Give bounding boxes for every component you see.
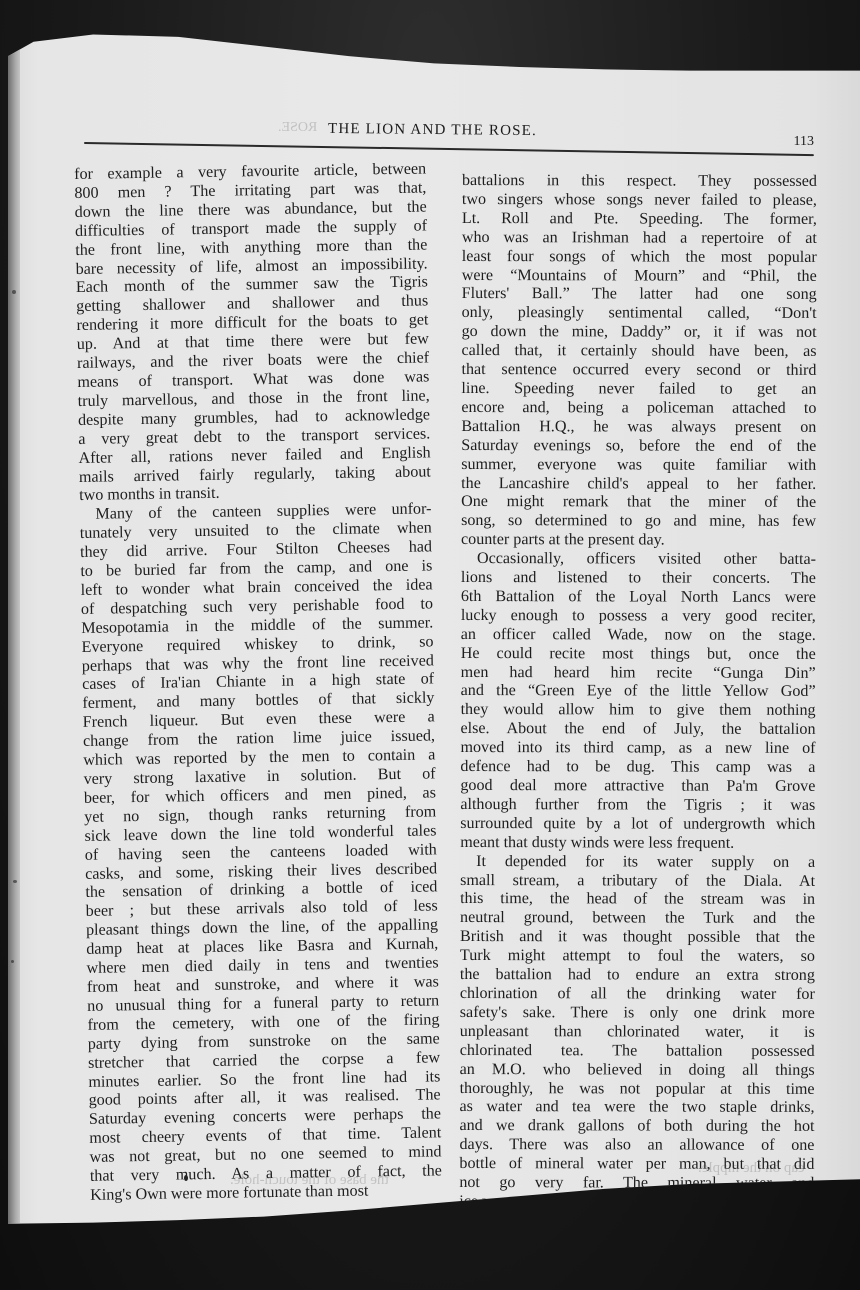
text-line: unpleasant than chlorinated water, it is [460, 1023, 815, 1043]
text-line: summer, everyone was quite familiar with [461, 456, 816, 476]
book-page: ROSE. THE LION AND THE ROSE. 113 for exa… [8, 20, 860, 1225]
text-line: Turk might attempt to foul the waters, s… [460, 947, 815, 967]
text-line: go down the mine, Daddy” or, it if was n… [462, 323, 817, 343]
page-gutter-shadow [8, 48, 20, 1238]
running-header: THE LION AND THE ROSE. 113 [68, 118, 828, 158]
text-line: Fluters' Ball.” The latter had one song [462, 285, 817, 305]
text-line: defence had to be dug. This camp was a [460, 758, 815, 778]
text-line: this time, the head of the stream was in [460, 890, 815, 910]
text-line: battalions in this respect. They possess… [462, 172, 817, 192]
running-header-title: THE LION AND THE ROSE. [328, 121, 537, 140]
page-number: 113 [794, 134, 814, 150]
text-line: least four songs of which the most popul… [462, 248, 817, 268]
ink-speck [13, 880, 17, 883]
text-line: else. About the end of July, the battali… [461, 720, 816, 740]
text-line: who was an Irishman had a repertoire of … [462, 229, 817, 249]
text-line: men had heard him recite “Gunga Din” [461, 664, 816, 684]
text-line: days. There was also an allowance of one [459, 1136, 814, 1156]
text-line: chlorinated tea. The battalion possessed [460, 1042, 815, 1062]
text-line: One might remark that the miner of the [461, 493, 816, 513]
text-line: Battalion H.Q., he was always present on [461, 418, 816, 438]
text-line: counter parts at the present day. [461, 531, 816, 551]
text-line: line. Speeding never failed to get an [461, 380, 816, 400]
text-column-right: battalions in this respect. They possess… [459, 172, 817, 1213]
text-line: small stream, a tributary of the Diala. … [460, 872, 815, 892]
text-line: and we drank gallons of both during the … [459, 1117, 814, 1137]
text-line: and the “Green Eye of the little Yellow … [461, 682, 816, 702]
text-line: lions and listened to their concerts. Th… [461, 569, 816, 589]
text-line: although further from the Tigris ; it wa… [460, 796, 815, 816]
text-line: neutral ground, between the Turk and the [460, 909, 815, 929]
text-line: Lt. Roll and Pte. Speeding. The former, [462, 210, 817, 230]
text-line: an M.O. who believed in doing all things [460, 1061, 815, 1081]
text-line: good deal more attractive than Pa'm Grov… [460, 777, 815, 797]
text-line: they would allow him to give them nothin… [461, 701, 816, 721]
show-through-text-right: cap on the nipple. [698, 1160, 805, 1177]
text-line: encore and, being a policeman attached t… [461, 399, 816, 419]
text-line: He could recite most things but, once th… [461, 645, 816, 665]
text-line: British and it was thought possible that… [460, 928, 815, 948]
text-line: chlorination of all the drinking water f… [460, 985, 815, 1005]
text-line: 6th Battalion of the Loyal North Lancs w… [461, 588, 816, 608]
text-line: meant that dusty winds were less frequen… [460, 834, 815, 854]
text-line: as water and tea were the two staple dri… [460, 1098, 815, 1118]
text-line: Occasionally, officers visited other bat… [461, 550, 816, 570]
text-line: surrounded quite by a lot of undergrowth… [460, 815, 815, 835]
text-line: the Lancashire child's appeal to her fat… [461, 474, 816, 494]
ink-speck [184, 1175, 188, 1181]
text-line: two singers whose songs never failed to … [462, 191, 817, 211]
text-line: It depended for its water supply on a [460, 853, 815, 873]
text-line: called that, it certainly should have be… [462, 342, 817, 362]
text-line: the battalion had to endure an extra str… [460, 966, 815, 986]
text-column-left: for example a very favourite article, be… [74, 160, 442, 1205]
ink-speck [12, 290, 16, 294]
text-line: were “Mountains of Mourn” and “Phil, the [462, 267, 817, 287]
ink-speck [11, 960, 14, 963]
text-line: that sentence occurred every second or t… [461, 361, 816, 381]
text-line: song, so determined to go and mine, has … [461, 512, 816, 532]
header-rule [84, 142, 814, 156]
text-line: safety's sake. There is only one drink m… [460, 1004, 815, 1024]
text-line: lucky enough to possess a very good reci… [461, 607, 816, 627]
show-through-text-left: the base of the touch-hole. [230, 1172, 389, 1189]
text-line: only, pleasingly sentimental called, “Do… [462, 304, 817, 324]
text-line: thoroughly, he was not popular at this t… [460, 1079, 815, 1099]
text-line: an officer called Wade, now on the stage… [461, 626, 816, 646]
text-line: Saturday evenings so, before the end of … [461, 437, 816, 457]
text-line: moved into its third camp, as a new line… [460, 739, 815, 759]
